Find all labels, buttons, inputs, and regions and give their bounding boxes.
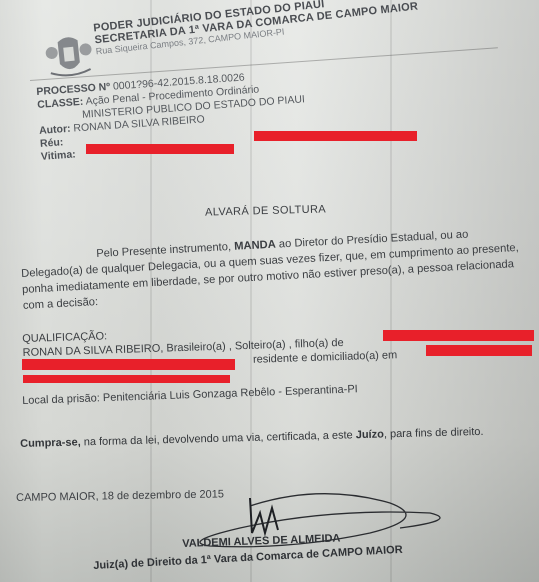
redaction-bar	[86, 144, 234, 154]
compliance-paragraph: Cumpra-se, na forma da lei, devolvendo u…	[20, 424, 525, 452]
redaction-bar	[426, 345, 532, 356]
reu-label: Réu:	[40, 136, 64, 150]
compliance-juizo: Juízo	[356, 428, 384, 441]
document-title: ALVARÁ DE SOLTURA	[205, 203, 326, 218]
redaction-bar	[383, 330, 534, 341]
compliance-text: na forma da lei, devolvendo uma via, cer…	[84, 429, 353, 448]
compliance-text-end: , para fins de direito.	[384, 426, 484, 441]
autor-label: Autor:	[39, 123, 71, 137]
compliance-keyword: Cumpra-se,	[20, 436, 81, 450]
prison-location: Local da prisão: Penitenciária Luis Gonz…	[22, 383, 358, 407]
coat-of-arms-icon	[42, 31, 97, 82]
prison-location-label: Local da prisão:	[22, 392, 100, 407]
redaction-bar	[22, 359, 235, 370]
prison-location-value: Penitenciária Luis Gonzaga Rebêlo - Espe…	[103, 383, 358, 404]
vitima-label: Vitima:	[41, 148, 77, 162]
order-paragraph: Pelo Presente instrumento, MANDA ao Dire…	[20, 224, 528, 314]
redaction-bar	[254, 131, 417, 141]
document-page: PODER JUDICIÁRIO DO ESTADO DO PIAUÍ SECR…	[0, 0, 539, 582]
classe-label: CLASSE:	[37, 96, 84, 111]
order-keyword: MANDA	[234, 239, 276, 253]
redaction-bar	[23, 375, 230, 383]
